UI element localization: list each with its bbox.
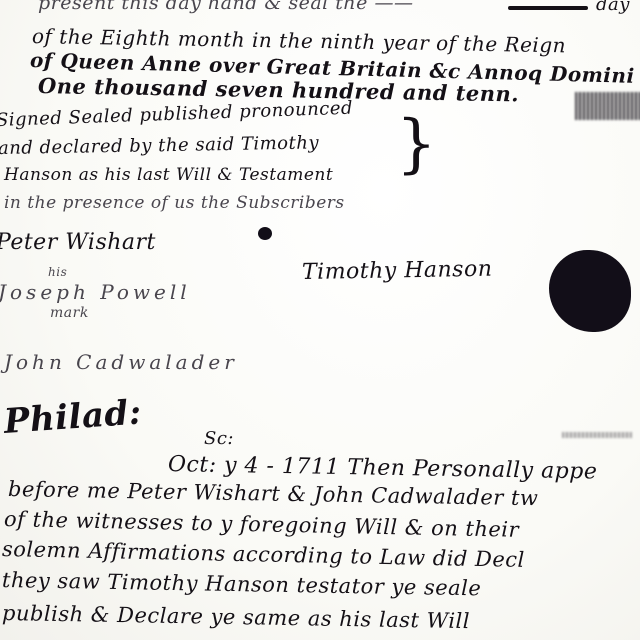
ink-blot xyxy=(258,227,272,240)
probate-line-1: Oct: y 4 - 1711 Then Personally appe xyxy=(168,452,598,484)
probate-heading-suffix: Sc: xyxy=(204,428,234,449)
dating-line-1: present this day hand & seal the —— xyxy=(38,0,413,14)
witness-prefix: his xyxy=(48,265,67,279)
testator-signature: Timothy Hanson xyxy=(302,257,493,285)
bracket-mark: } xyxy=(396,112,437,176)
probate-line-6: publish & Declare ye same as his last Wi… xyxy=(2,601,470,633)
manuscript-page: present this day hand & seal the —— day … xyxy=(0,0,640,640)
ink-dash xyxy=(508,6,588,10)
dating-line-1-right: day xyxy=(596,0,630,15)
probate-line-4: solemn Affirmations according to Law did… xyxy=(2,537,525,572)
probate-line-3: of the witnesses to y foregoing Will & o… xyxy=(4,507,520,542)
attestation-line-2: and declared by the said Timothy xyxy=(0,132,319,159)
witness-name-1: Peter Wishart xyxy=(0,230,156,255)
witness-mark: mark xyxy=(50,305,89,321)
attestation-line-4: in the presence of us the Subscribers xyxy=(4,193,345,213)
ink-speckle xyxy=(562,432,632,438)
ink-smudge xyxy=(575,92,640,120)
attestation-line-3: Hanson as his last Will & Testament xyxy=(4,165,333,185)
witness-name-2: Joseph Powell xyxy=(0,280,191,304)
wax-seal xyxy=(549,250,631,332)
witness-name-3: John Cadwalader xyxy=(4,350,238,374)
probate-line-5: they saw Timothy Hanson testator ye seal… xyxy=(2,568,482,600)
probate-heading: Philad: xyxy=(3,392,143,442)
attestation-line-1: Signed Sealed published pronounced xyxy=(0,98,353,131)
